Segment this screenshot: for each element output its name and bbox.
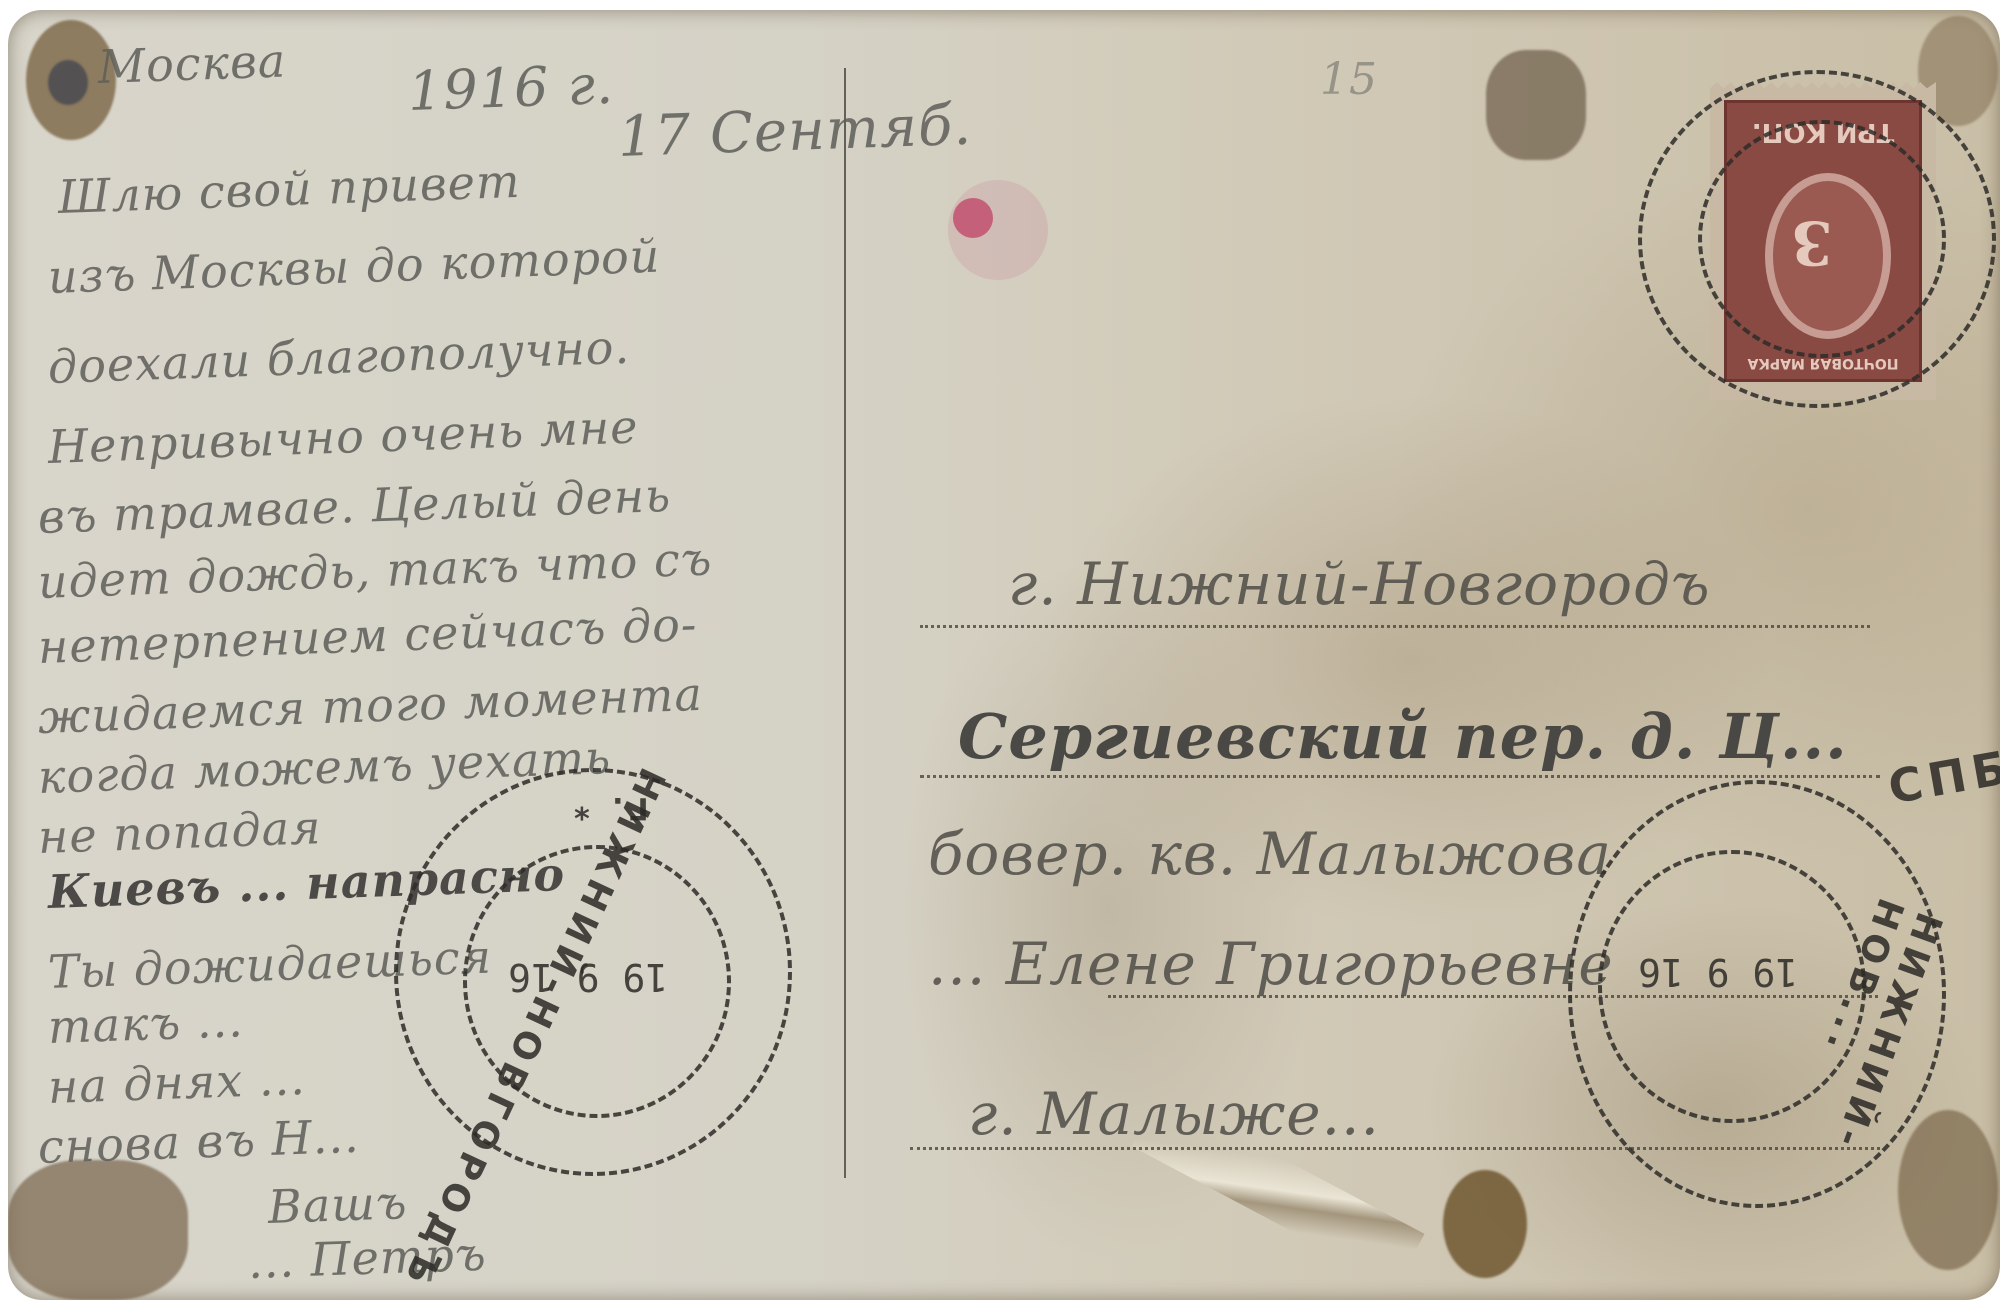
postcard: Москва 1916 г. 17 Сентяб. 15 Шлю свой пр…	[8, 10, 2000, 1300]
message-line: Шлю свой привет	[57, 154, 521, 224]
pink-spot-halo	[948, 180, 1048, 280]
message-date: 17 Сентяб.	[617, 93, 973, 170]
message-line: Непривычно очень мне	[47, 399, 639, 474]
message-line: нетерпением сейчасъ до-	[37, 597, 698, 674]
message-place: Москва	[97, 33, 287, 94]
address-line-2	[920, 775, 1880, 778]
message-line: идет дождь, такъ что съ	[37, 531, 713, 609]
message-line: изъ Москвы до которой	[47, 229, 661, 304]
postmark-spb: СПБ	[1884, 740, 2000, 815]
message-line: доехали благополучно.	[47, 320, 631, 394]
stain-bottom-mid	[1443, 1170, 1527, 1278]
message-line: въ трамвае. Целый день	[37, 468, 672, 544]
message-line: не попадая	[37, 800, 322, 864]
postmark-left-date: 19 9 16	[508, 955, 668, 999]
stain-top-right-torn	[1486, 50, 1586, 160]
address-town: г. Малыже...	[968, 1080, 1380, 1148]
message-line: снова въ Н...	[37, 1109, 360, 1174]
address-street: Сергиевский пер. д. Ц...	[958, 700, 1848, 773]
stain-bottom-left	[8, 1160, 188, 1300]
message-line: такъ ...	[47, 993, 244, 1054]
pencil-mark: 15	[1320, 54, 1378, 105]
message-line: Вашъ	[267, 1175, 408, 1234]
address-building: бовер. кв. Малыжова	[928, 820, 1612, 888]
message-line: на днях ...	[47, 1051, 306, 1114]
stain-bottom-right	[1898, 1110, 1998, 1270]
postmark-left-extra: Г. *	[568, 790, 649, 825]
stain-top-left-dark	[48, 60, 88, 105]
message-address-divider	[844, 68, 846, 1178]
address-line-1	[920, 625, 1870, 628]
address-recipient: ... Елене Григорьевне	[928, 930, 1614, 998]
postmark-right-date: 19 9 16	[1638, 950, 1798, 994]
address-city: г. Нижний-Новгородъ	[1008, 550, 1711, 618]
message-year: 1916 г.	[407, 53, 615, 123]
postmark-stamp-inner-ring	[1698, 120, 1946, 358]
